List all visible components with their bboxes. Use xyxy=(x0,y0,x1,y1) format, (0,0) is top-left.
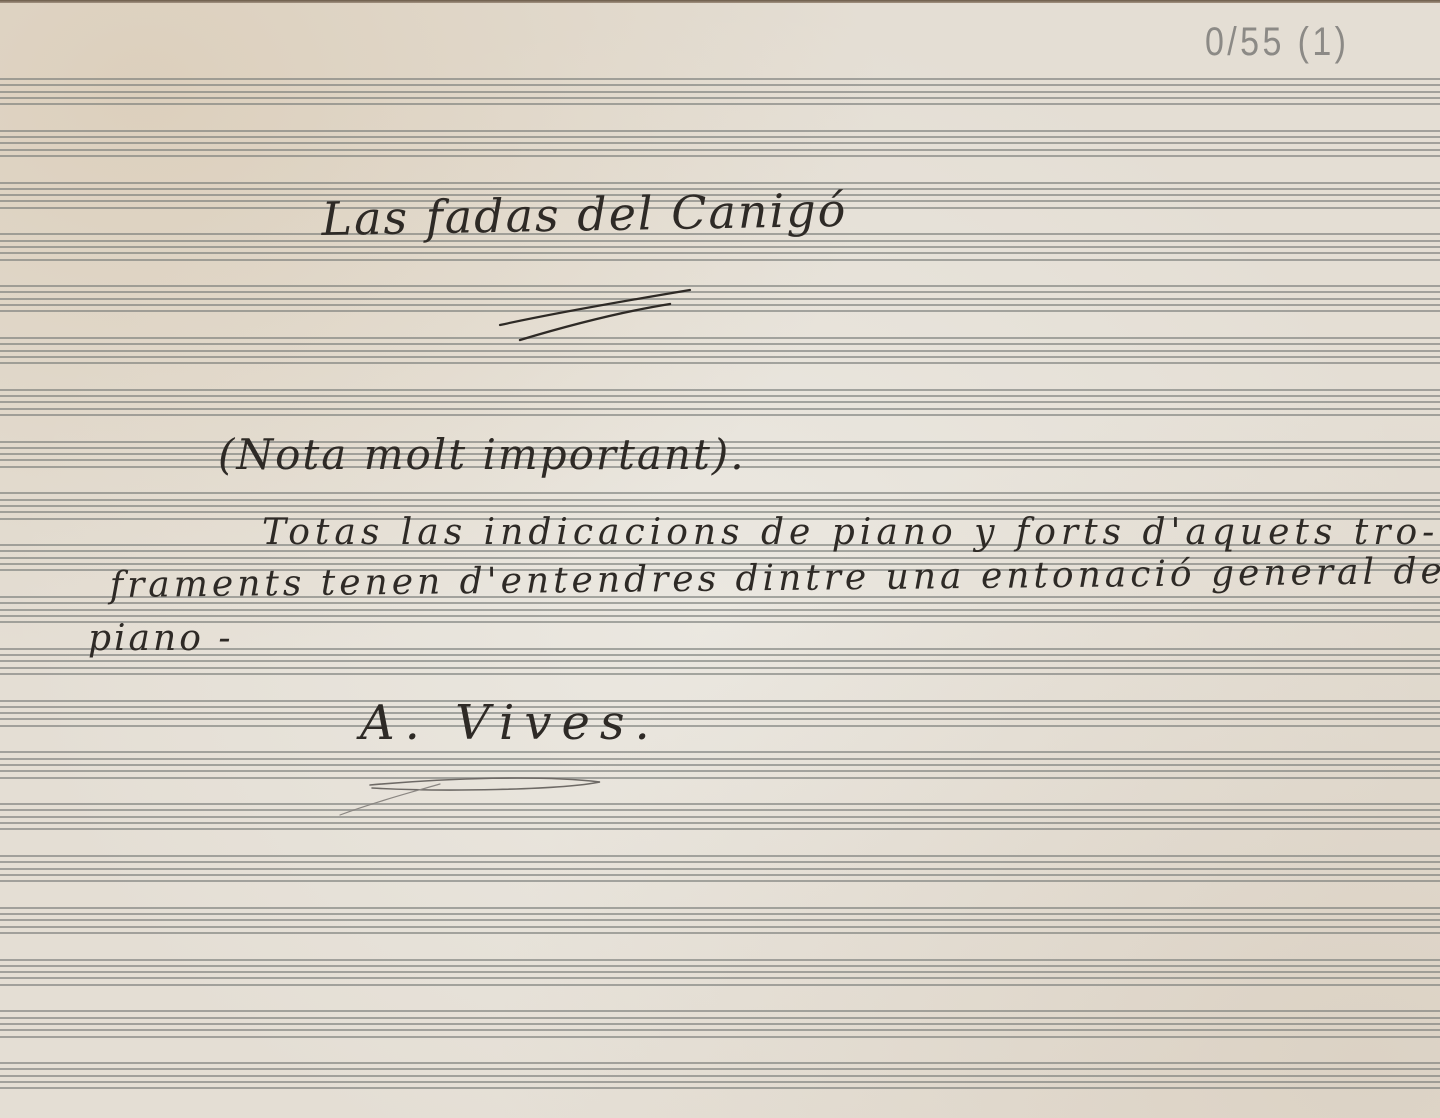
manuscript-page: 0/55 (1) Las fadas del Canigó (Nota molt… xyxy=(0,0,1440,1118)
pen-strokes xyxy=(0,0,1440,1118)
signature-underline xyxy=(370,778,600,790)
title-underline-flourish xyxy=(520,304,670,340)
